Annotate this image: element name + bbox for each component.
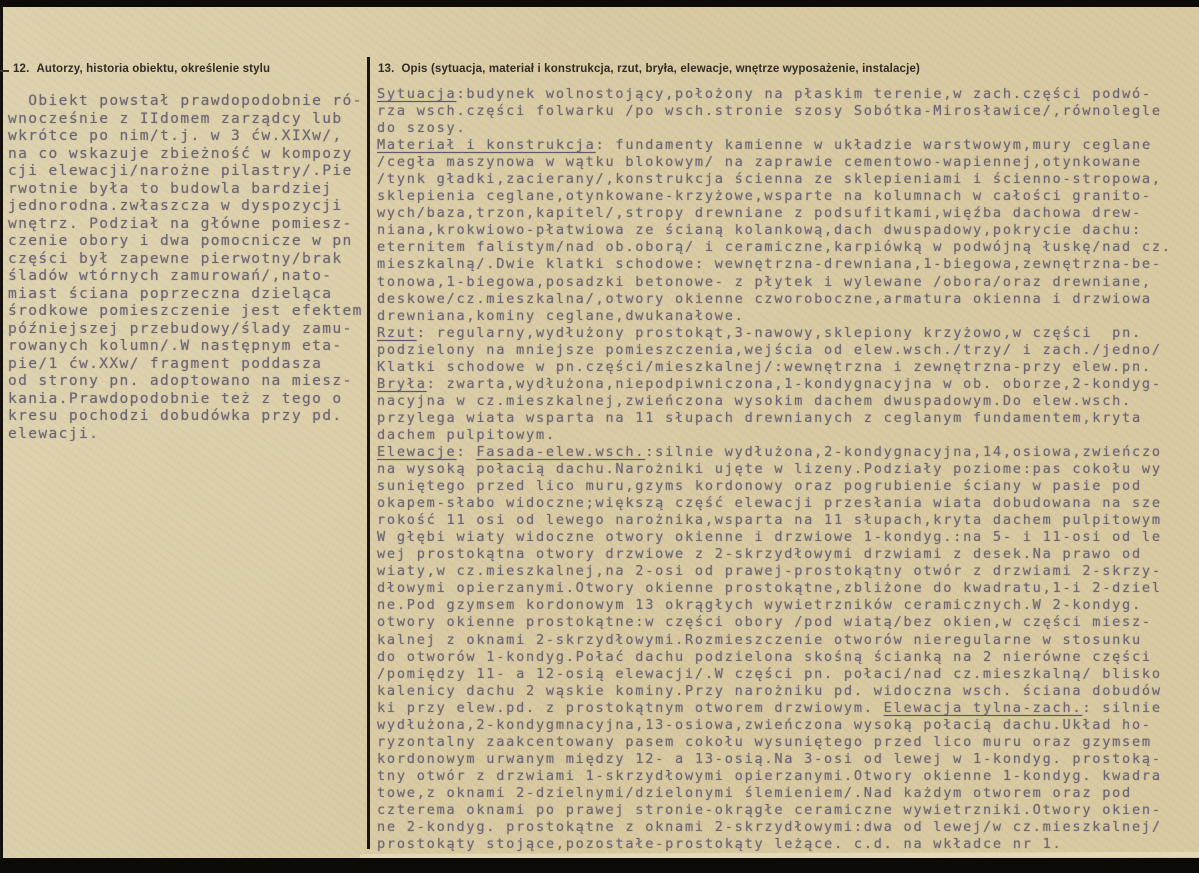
text-line: jednorodna.zwłaszcza w dyspozycji [8,197,368,215]
text-line: kresu pochodzi dobudówka przy pd. [8,407,368,425]
text-line: /tynk gładki,zacierany/,konstrukcja ście… [377,171,1197,188]
text-line: /cegła maszynowa w wątku blokowym/ na za… [377,154,1197,171]
text-line: towe,z oknami 2-dzielnymi/dzielonymi śle… [377,785,1197,802]
section-13-number: 13. [378,63,394,75]
text-line: kalnej z oknami 2-skrzydłowymi.Rozmieszc… [377,632,1197,649]
text-line: rwotnie była to budowla bardziej [8,180,368,198]
text-line: Klatki schodowe w pn.części/mieszkalnej/… [377,359,1197,376]
section-12-typewritten-text: Obiekt powstał prawdopodobnie ró-wnocześ… [8,92,368,442]
text-line: na co wskazuje zbieżność w kompozy [8,145,368,163]
text-line: okapem-słabo widoczne;większą część elew… [377,495,1197,512]
text-line: wych/baza,trzon,kapitel/,stropy drewnian… [377,205,1197,222]
text-line: środkowe pomieszczenie jest efektem [8,302,368,320]
text-line: Sytuacja:budynek wolnostojący,położony n… [377,86,1197,103]
text-line: Materiał i konstrukcja: fundamenty kamie… [377,137,1197,154]
text-line: późniejszej przebudowy/ślady zamu- [8,320,368,338]
text-line: części był zapewne pierwotny/brak [8,250,368,268]
text-line: rza wsch.części folwarku /po wsch.stroni… [377,103,1197,120]
text-line: tny otwór z drzwiami 1-skrzydłowymi opie… [377,768,1197,785]
text-line: śladów wtórnych zamurowań/,nato- [8,267,368,285]
text-line: przylega wiata wsparta na 11 słupach dre… [377,410,1197,427]
text-line: ryzontalny zaakcentowany pasem cokołu wy… [377,734,1197,751]
text-line: kalenicy dachu 2 wąskie kominy.Przy naro… [377,683,1197,700]
text-line: eternitem falistym/nad ob.oborą/ i ceram… [377,239,1197,256]
fold-mark [0,70,9,72]
section-13-header: 13.Opis (sytuacja, materiał i konstrukcj… [378,63,920,75]
section-12-header: 12.Autorzy, historia obiektu, określenie… [13,63,270,75]
text-line: czterema oknami po prawej stronie-okrągł… [377,802,1197,819]
section-13-typewritten-text: Sytuacja:budynek wolnostojący,położony n… [377,86,1197,853]
text-line: /pomiędzy 11- a 12-osią elewacji/.W częś… [377,666,1197,683]
text-line: wydłużona,2-kondygmnacyjna,13-osiowa,zwi… [377,717,1197,734]
text-line: do szosy. [377,120,1197,137]
text-line: rokość 11 osi od lewego narożnika,wspart… [377,512,1197,529]
text-line: wiaty,w cz.mieszkalnej,na 2-osi od prawe… [377,563,1197,580]
text-line: wnocześnie z IIdomem zarządcy lub [8,110,368,128]
text-line: mieszkalną/.Dwie klatki schodowe: wewnęt… [377,256,1197,273]
text-line: na wysoką połacią dachu.Narożniki ujęte … [377,461,1197,478]
text-line: tonowa,1-biegowa,posadzki betonowe- z pł… [377,274,1197,291]
text-line: suniętego przed lico muru,gzyms kordonow… [377,478,1197,495]
text-line: ne 2-kondyg. prostokątne z oknami 2-skrz… [377,819,1197,836]
section-12-title: Autorzy, historia obiektu, określenie st… [36,63,270,75]
text-line: dłowymi opierzanymi.Otwory okienne prost… [377,580,1197,597]
text-line: cji elewacji/narożne pilastry/.Pie [8,162,368,180]
text-line: do otworów 1-kondyg.Połać dachu podzielo… [377,649,1197,666]
text-line: Rzut: regularny,wydłużony prostokąt,3-na… [377,325,1197,342]
text-line: dachem pulpitowym. [377,427,1197,444]
text-line: W głębi wiaty widoczne otwory okienne i … [377,529,1197,546]
text-line: prostokąty stojące,pozostałe-prostokąty … [377,836,1197,853]
scan-border-top [0,0,1199,7]
text-line: drewniana,kominy ceglane,dwukanałowe. [377,308,1197,325]
text-line: ki przy elew.pd. z prostokątnym otworem … [377,700,1197,717]
text-line: ne.Pod gzymsem kordonowym 13 okrągłych w… [377,597,1197,614]
text-line: wnętrz. Podział na główne pomiesz- [8,215,368,233]
scan-border-bottom [0,858,1199,873]
text-line: rowanych kolumn/.W następnym eta- [8,337,368,355]
text-line: elewacji. [8,425,368,443]
text-line: podzielony na mniejsze pomieszczenia,wej… [377,342,1197,359]
text-line: kania.Prawdopodobnie też z tego o [8,390,368,408]
text-line: wkrótce po nim/t.j. w 3 ćw.XIXw/, [8,127,368,145]
text-line: miast ściana poprzeczna dzieląca [8,285,368,303]
text-line: niana,krokwiowo-płatwiowa ze ścianą kola… [377,222,1197,239]
text-line: Bryła: zwarta,wydłużona,niepodpiwniczona… [377,376,1197,393]
text-line: sklepienia ceglane,otynkowane-krzyżowe,w… [377,188,1197,205]
text-line: czenie obory i dwa pomocnicze w pn [8,232,368,250]
text-line: Elewacje: Fasada-elew.wsch.:silnie wydłu… [377,444,1197,461]
section-13-title: Opis (sytuacja, materiał i konstrukcja, … [401,63,920,75]
scan-border-left [0,7,3,858]
text-line: pie/1 ćw.XXw/ fragment poddasza [8,355,368,373]
text-line: wej prostokątna otwory drzwiowe z 2-skrz… [377,546,1197,563]
text-line: Obiekt powstał prawdopodobnie ró- [8,92,368,110]
text-line: od strony pn. adoptowano na miesz- [8,372,368,390]
text-line: kordonowym urwanym między 12- a 13-osią.… [377,751,1197,768]
text-line: nacyjna w cz.mieszkalnej,zwieńczona wyso… [377,393,1197,410]
text-line: deskowe/cz.mieszkalna/,otwory okienne cz… [377,291,1197,308]
section-12-number: 12. [13,63,29,75]
text-line: otwory okienne prostokątne:w części obor… [377,614,1197,631]
